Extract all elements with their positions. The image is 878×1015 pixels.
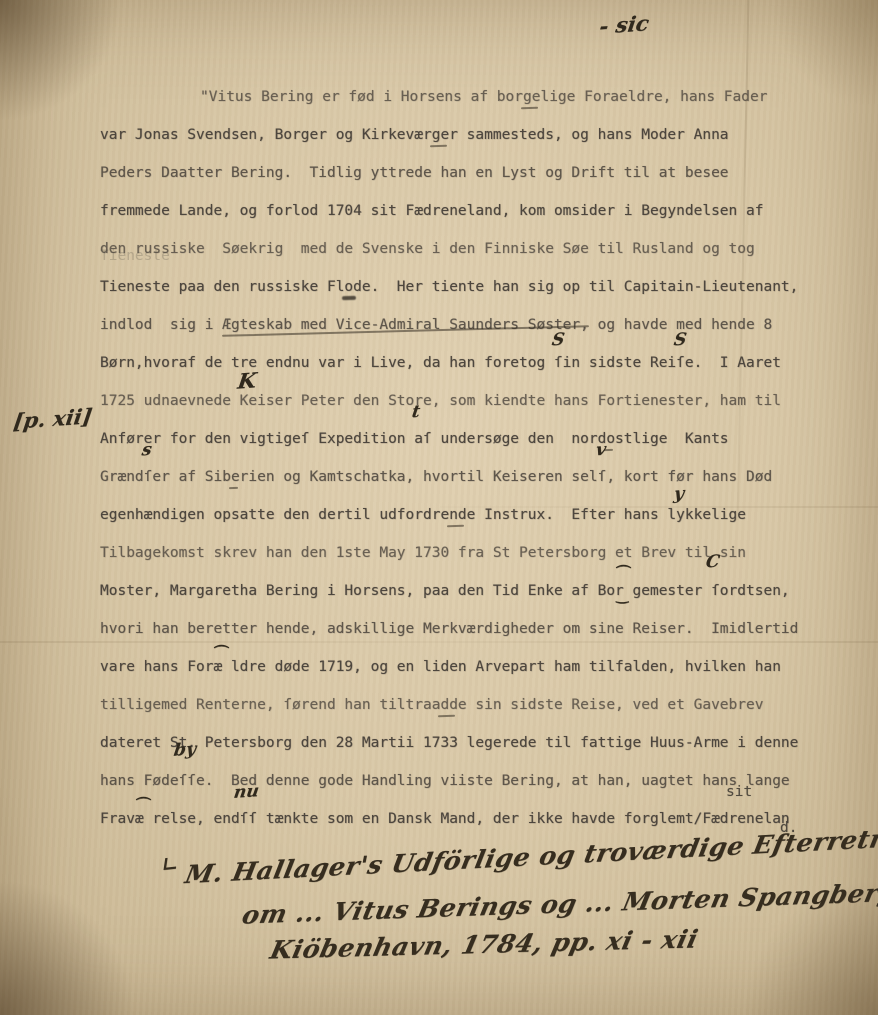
- typed-line: indlod sig i Ægteskab med Vice-Admiral S…: [100, 306, 860, 344]
- ink-smudge-mark: [342, 296, 356, 300]
- handwritten-annotation: K: [236, 367, 258, 393]
- citation-line: Kiöbenhavn, 1784, pp. xi - xii: [267, 924, 700, 964]
- handwritten-annotation: nu: [232, 781, 260, 803]
- underline-mark: [447, 525, 464, 527]
- underline-mark: [430, 145, 447, 147]
- typed-line: tilligemed Renterne, ſørend han tiltraad…: [100, 686, 860, 724]
- typed-line: Børn,hvoraf de tre endnu var i Live, da …: [100, 344, 860, 382]
- typed-line: egenhændigen opsatte den dertil udfordre…: [100, 496, 860, 534]
- underline-mark: [604, 449, 613, 451]
- handwritten-annotation: ‿: [616, 586, 628, 604]
- typed-line: Tieneste paa den russiske Flode. Her tie…: [100, 268, 860, 306]
- faded-typed-text: Tieneste: [100, 248, 170, 264]
- handwritten-annotation: - sic: [598, 10, 651, 38]
- handwritten-annotation: ⌒: [136, 794, 151, 815]
- typed-line: Peders Daatter Bering. Tidlig yttrede ha…: [100, 154, 860, 192]
- citation-arrow-mark: ∟: [160, 851, 181, 877]
- manuscript-page: "Vitus Bering er fød i Horsens af borgel…: [0, 0, 878, 1015]
- typed-line: var Jonas Svendsen, Borger og Kirkeværge…: [100, 116, 860, 154]
- underline-mark: [521, 107, 538, 109]
- typed-line: fremmede Lande, og forlod 1704 sit Fædre…: [100, 192, 860, 230]
- typed-line: "Vitus Bering er fød i Horsens af borgel…: [100, 78, 860, 116]
- handwritten-annotation: [p. xii]: [12, 403, 94, 433]
- typed-insertion: sit: [726, 784, 752, 800]
- handwritten-annotation: C: [704, 552, 721, 573]
- typed-line: den russiske Søekrig med de Svenske i de…: [100, 230, 860, 268]
- typed-line: Grændſer af Siberien og Kamtschatka, hvo…: [100, 458, 860, 496]
- handwritten-annotation: ⌒: [616, 562, 631, 583]
- handwritten-annotation: ⌒: [214, 642, 229, 663]
- underline-mark: [229, 487, 238, 489]
- typed-line: Tilbagekomst skrev han den 1ste May 1730…: [100, 534, 860, 572]
- typed-line: Anfører for den vigtigeſ Expedition aſ u…: [100, 420, 860, 458]
- typed-text-block: "Vitus Bering er fød i Horsens af borgel…: [100, 78, 860, 838]
- typed-line: Moster, Margaretha Bering i Horsens, paa…: [100, 572, 860, 610]
- handwritten-annotation: by: [172, 739, 197, 760]
- underline-mark: [438, 715, 455, 717]
- typed-line: 1725 udnaevnede Keiser Peter den Store, …: [100, 382, 860, 420]
- typed-line: dateret St. Petersborg den 28 Martii 173…: [100, 724, 860, 762]
